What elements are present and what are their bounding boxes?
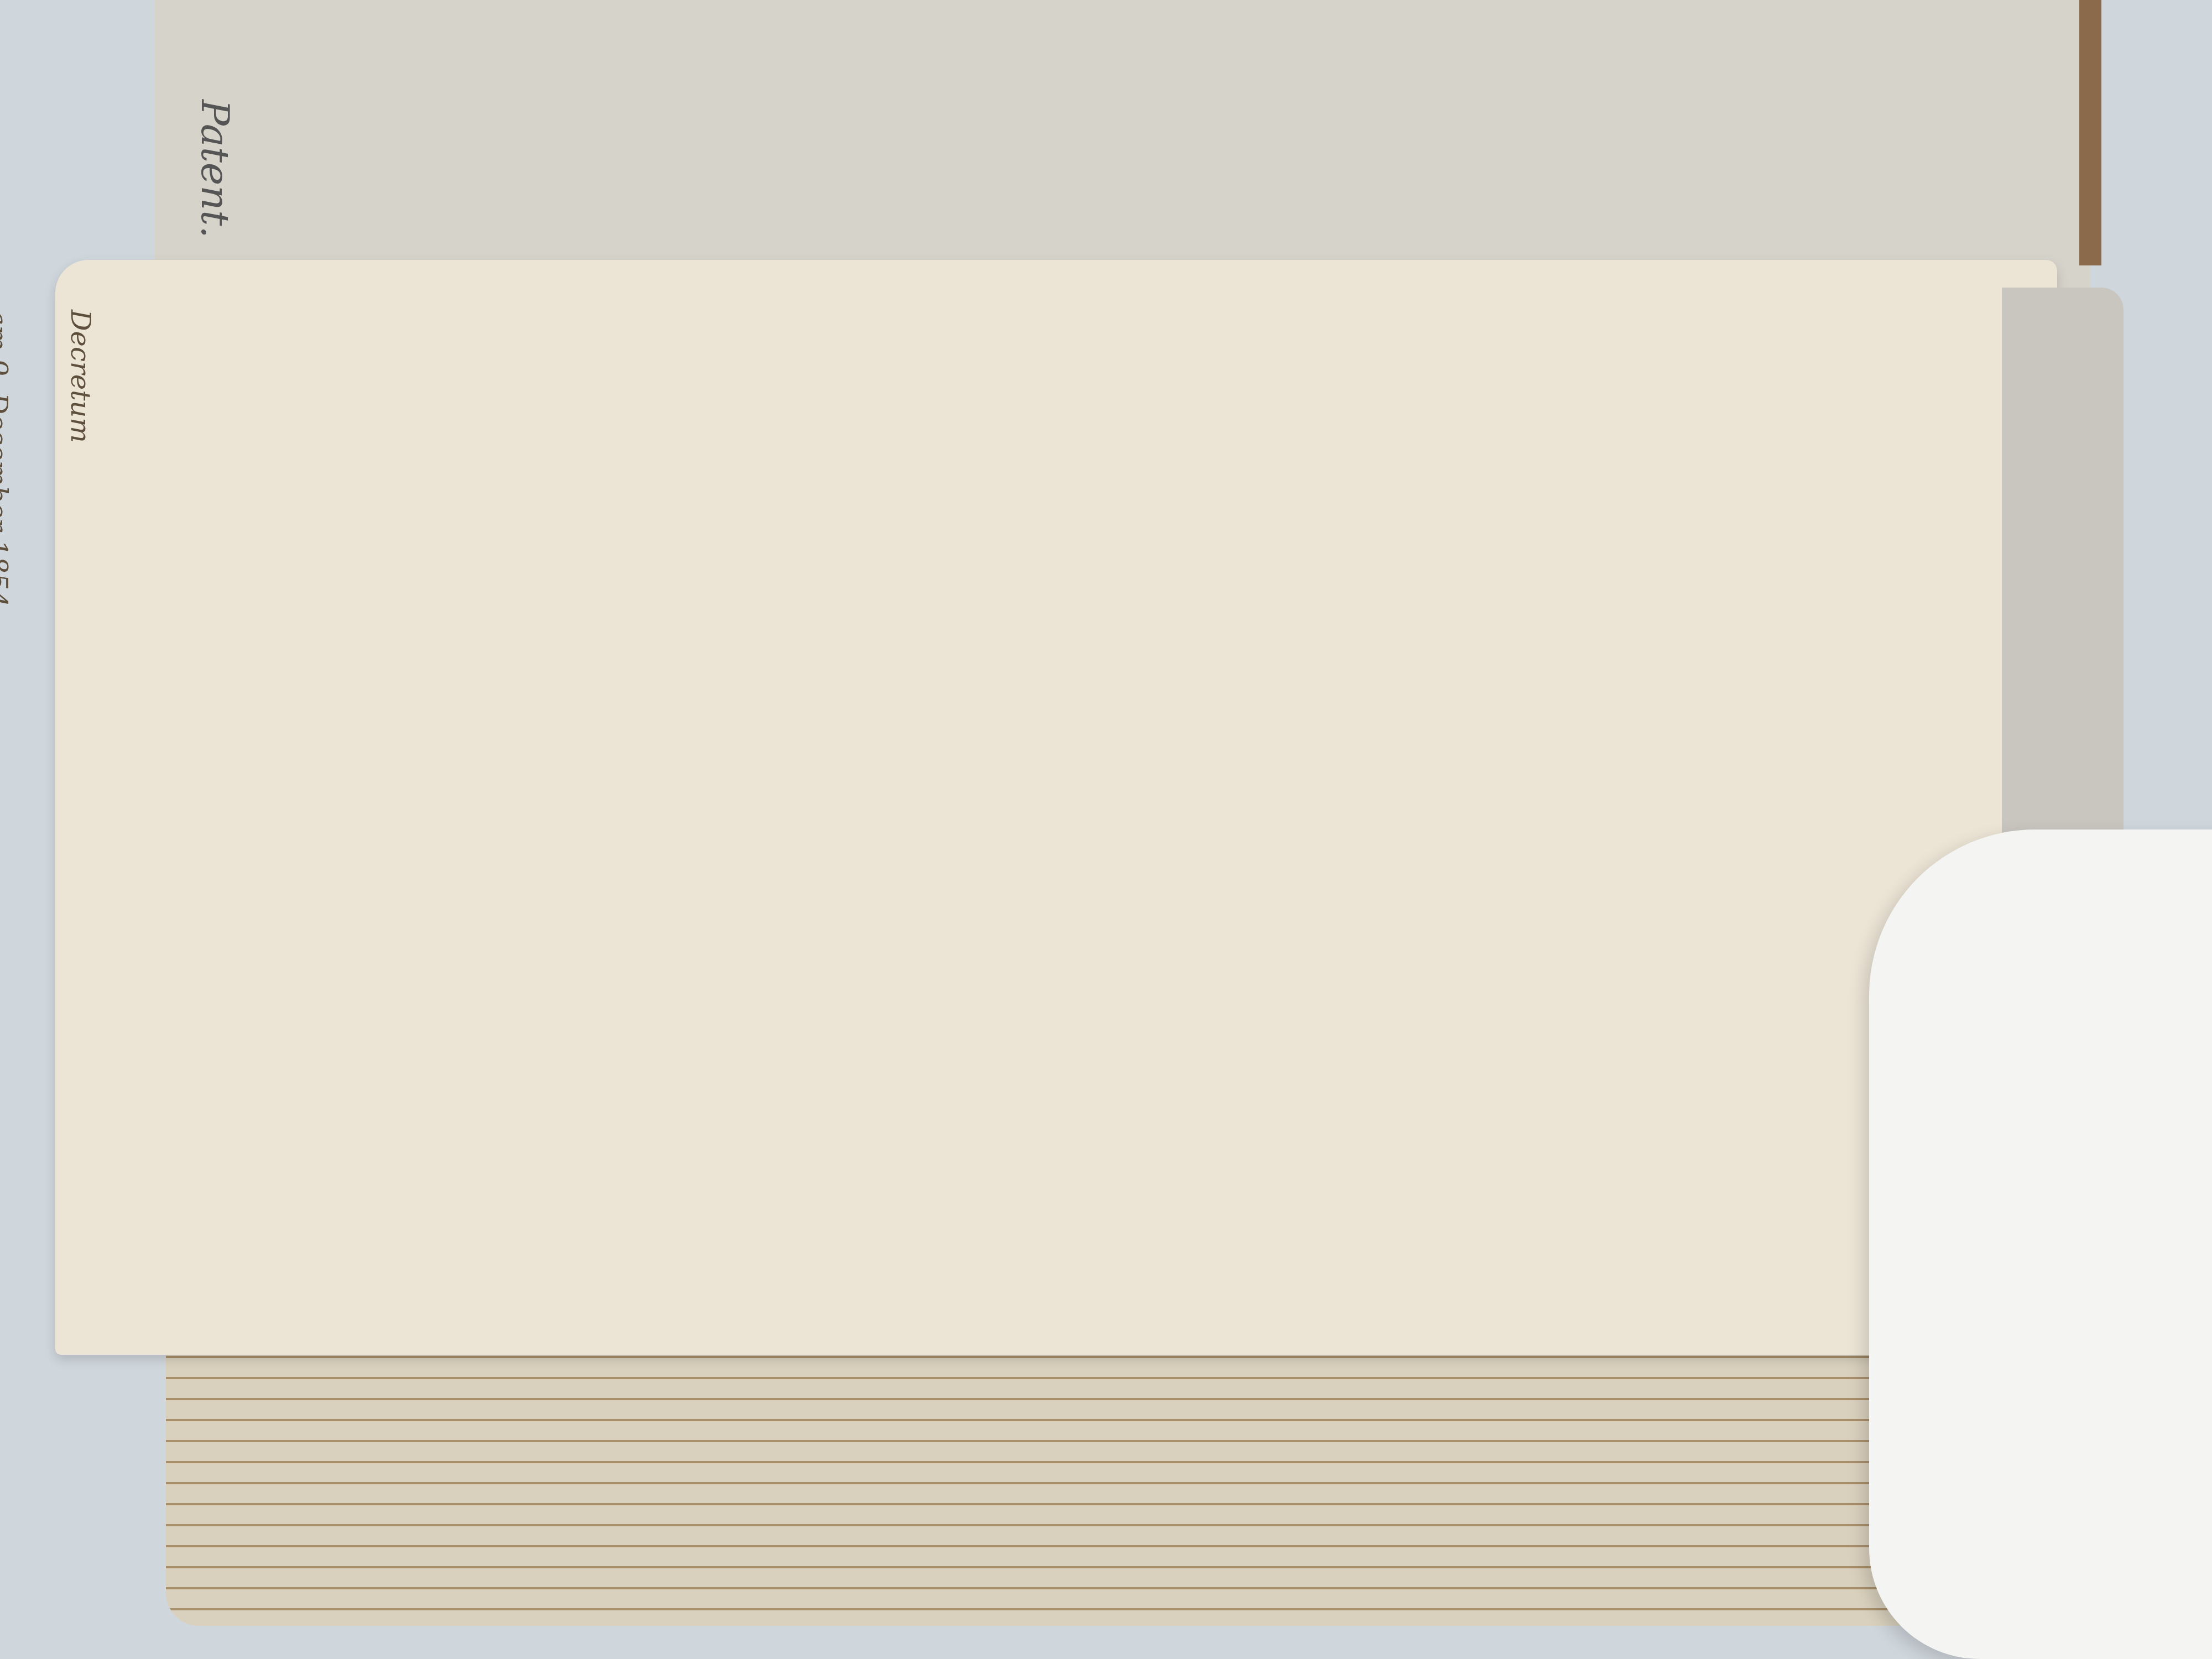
document-page <box>55 260 2057 1355</box>
top-page <box>155 0 2090 296</box>
book-spine-edge <box>2079 0 2101 265</box>
top-page-note: Patent. <box>192 100 238 238</box>
handwritten-text: Decretum am 9. December 1854 wird zur Ve… <box>0 310 122 1029</box>
page-edges-stack <box>166 1316 2068 1626</box>
white-glove <box>1869 830 2212 1659</box>
date-line: am 9. December 1854 <box>0 310 39 1029</box>
header: Decretum <box>39 310 122 1029</box>
